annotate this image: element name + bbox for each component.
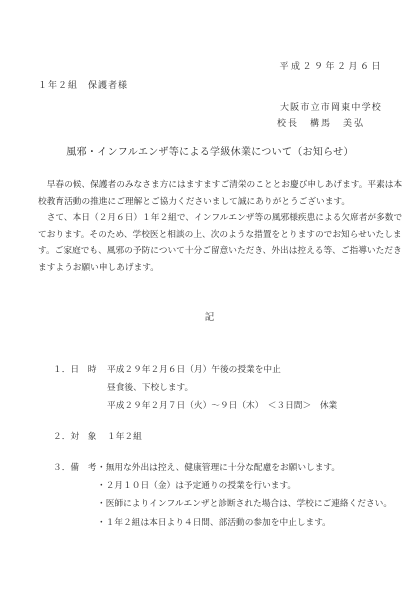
recipient-line: １年２組 保護者様 <box>38 78 128 91</box>
paragraph-line: 早春の候、保護者のみなさま方にはますますご清栄のこととお慶び申しあげます。平素は… <box>38 176 402 193</box>
document-page: 平成２９年２月６日 １年２組 保護者様 大阪市立市岡東中学校 校長 構馬 美弘 … <box>0 0 420 594</box>
paragraph-line: さて、本日（２月６日）１年２組で、インフルエンザ等の風邪様疾患による欠席者が多数… <box>38 209 402 226</box>
item-label: ２．対 象 <box>53 427 107 445</box>
document-title: 風邪・インフルエンザ等による学級休業について（お知らせ） <box>0 143 420 158</box>
item-content: １年２組 <box>107 427 142 445</box>
item-line: 平成２９年２月７日（火）～９日（木） ＜３日間＞ 休業 <box>107 396 337 414</box>
list-item-datetime: １．日 時 平成２９年２月６日（月）午後の授業を中止 昼食後、下校します。 平成… <box>53 360 337 414</box>
item-line: 平成２９年２月６日（月）午後の授業を中止 <box>107 360 337 378</box>
sender-principal-name: 校長 構馬 美弘 <box>277 116 365 129</box>
paragraph-line: す。ご家庭でも、風邪の予防について十分ご留意いただき、外出は控える等、ご指導いた… <box>38 242 402 259</box>
paragraph-line: 校教育活動の推進にご理解とご協力くださいまして誠にありがとうございます。 <box>38 193 402 210</box>
sender-school-name: 大阪市立市岡東中学校 <box>280 100 382 113</box>
item-label: １．日 時 <box>53 360 107 414</box>
body-paragraph-announcement: さて、本日（２月６日）１年２組で、インフルエンザ等の風邪様疾患による欠席者が多数… <box>38 209 402 275</box>
item-content: ・無用な外出は控え、健康管理に十分な配慮をお願いします。 ・２月１０日（金）は予… <box>107 458 392 531</box>
item-content: 平成２９年２月６日（月）午後の授業を中止 昼食後、下校します。 平成２９年２月７… <box>107 360 337 414</box>
item-line: 昼食後、下校します。 <box>107 378 337 396</box>
remark-bullet: ・１年２組は本日より４日間、部活動の参加を中止します。 <box>97 513 392 531</box>
list-item-remarks: ３．備 考 ・無用な外出は控え、健康管理に十分な配慮をお願いします。 ・２月１０… <box>53 458 392 531</box>
paragraph-line: ております。そのため、学校医と相談の上、次のような措置をとりますのでお知らせいた… <box>38 226 402 243</box>
item-line: １年２組 <box>107 427 142 445</box>
document-date: 平成２９年２月６日 <box>279 59 383 72</box>
paragraph-line: ますようお願い申しあげます。 <box>38 259 402 276</box>
remark-bullet: ・無用な外出は控え、健康管理に十分な配慮をお願いします。 <box>97 458 392 476</box>
body-paragraph-greeting: 早春の候、保護者のみなさま方にはますますご清栄のこととお慶び申しあげます。平素は… <box>38 176 402 209</box>
remark-bullet: ・医師によりインフルエンザと診断された場合は、学校にご連絡ください。 <box>97 494 392 512</box>
ki-marker: 記 <box>0 309 420 323</box>
remark-bullet: ・２月１０日（金）は予定通りの授業を行います。 <box>97 476 392 494</box>
list-item-target: ２．対 象 １年２組 <box>53 427 142 445</box>
